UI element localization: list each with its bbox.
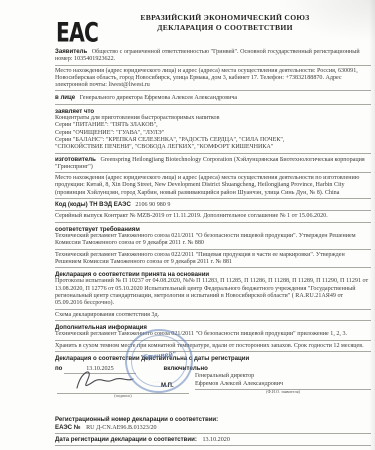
reg-number-prefix: ЕАЭС № — [55, 424, 81, 431]
tnved-row: Код (коды) ТН ВЭД ЕАЭС 2106 90 980 9 — [55, 201, 371, 211]
manufacturer-text: Greenspring Heilongjiang Biotechnology C… — [55, 157, 365, 170]
applicant-address-text: Место нахождения (адрес юридического лиц… — [55, 68, 358, 89]
eac-mark-icon: ЕАС — [56, 18, 96, 48]
in-person-row: в лице Генерального директора Ефремова А… — [55, 94, 371, 104]
reg-date-row: Дата регистрации декларации о соответств… — [55, 436, 371, 446]
basis-section: Декларация о соответствии принята на осн… — [55, 271, 371, 321]
requirement-item: Технический регламент Таможенного союза … — [55, 252, 371, 269]
in-person-label: в лице — [55, 94, 75, 101]
declares-section: заявляет что Концентраты для приготовлен… — [55, 108, 371, 154]
serial-row: Серийный выпуск Контракт № MZB-2019 от 1… — [55, 213, 371, 222]
reg-date-value: 13.10.2020 — [202, 437, 229, 443]
serial-text: Серийный выпуск Контракт № MZB-2019 от 1… — [55, 213, 328, 219]
director-block: Генеральный директор Ефремов Алексей Але… — [195, 373, 371, 397]
tnved-label: Код (коды) ТН ВЭД ЕАЭС — [55, 201, 131, 208]
declares-label: заявляет что — [55, 108, 371, 115]
document-title: ЕВРАЗИЙСКИЙ ЭКОНОМИЧЕСКИЙ СОЮЗ ДЕКЛАРАЦИ… — [100, 13, 350, 32]
manufacturer-address-row: Место нахождения (адрес юридического лиц… — [55, 175, 371, 199]
additional-info-section: Дополнительная информация Технический ре… — [55, 324, 371, 352]
product-line: "СПОКОЙСТВИЕ ПЕЧЕНИ", "СВОБОДА ЛЕГКИХ", … — [55, 144, 371, 151]
product-line: Концентраты для приготовления быстрораст… — [55, 115, 371, 122]
eac-mark-text: ЕАС — [56, 18, 98, 49]
additional-note: Технический регламент Таможенного союза … — [55, 331, 371, 340]
validity-label: Декларация о соответствии действительна … — [55, 355, 371, 362]
additional-note: Хранить в сухом темном месте при комнатн… — [55, 343, 371, 352]
product-line: Серии "ПИТАНИЕ": "ПЯТЬ ЗЛАКОВ", — [55, 122, 371, 129]
product-line: Серии "ОЧИЩЕНИЕ": "ГУАВА", "ЛУЛЭ" — [55, 130, 371, 137]
manufacturer-address-text: Место нахождения (адрес юридического лиц… — [55, 175, 359, 196]
tnved-value: 2106 90 980 9 — [135, 202, 170, 208]
requirements-label: соответствует требованиям — [55, 226, 371, 233]
declaration-scan-page: { "colors": { "stamp_blue": "#6082b9", "… — [0, 0, 375, 450]
director-name: Ефремов Алексей Александрович — [195, 381, 371, 390]
reg-number-row: ЕАЭС № RU Д-CN.АЕ96.В.01323/20 — [55, 424, 371, 434]
title-declaration: ДЕКЛАРАЦИЯ О СООТВЕТСТВИИ — [100, 23, 350, 33]
reg-number-label: Регистрационный номер декларации о соотв… — [55, 416, 371, 423]
director-caption: (Ф.И.О. заявителя) — [221, 390, 344, 395]
applicant-text: Общество с ограниченной ответственностью… — [55, 49, 360, 62]
reg-date-label: Дата регистрации декларации о соответств… — [55, 436, 197, 443]
manufacturer-label: изготовитель — [55, 156, 96, 163]
requirement-item: Технический регламент Таможенного союза … — [55, 233, 371, 250]
applicant-row: Заявитель Общество с ограниченной ответс… — [55, 48, 371, 66]
manufacturer-row: изготовитель Greenspring Heilongjiang Bi… — [55, 156, 371, 174]
product-list: Концентраты для приготовления быстрораст… — [55, 115, 371, 153]
reg-number-value: RU Д-CN.АЕ96.В.01323/20 — [86, 425, 157, 431]
signature-caption: (подпись) — [77, 394, 169, 399]
title-union: ЕВРАЗИЙСКИЙ ЭКОНОМИЧЕСКИЙ СОЮЗ — [100, 13, 350, 23]
signature-zone: (подпись) М.П. Генеральный директор Ефре… — [55, 376, 371, 413]
director-title: Генеральный директор — [195, 373, 371, 380]
registration-section: Регистрационный номер декларации о соотв… — [55, 416, 371, 446]
applicant-label: Заявитель — [55, 48, 87, 55]
in-person-text: Генерального директора Ефремова Алексея … — [80, 95, 237, 101]
validity-po-label: по — [55, 365, 62, 372]
declaration-body: Заявитель Общество с ограниченной ответс… — [55, 48, 371, 448]
requirements-section: соответствует требованиям Технический ре… — [55, 226, 371, 268]
applicant-address-row: Место нахождения (адрес юридического лиц… — [55, 68, 371, 92]
scheme-text: Схема декларирования соответствия 3д. — [55, 312, 371, 321]
basis-text: Протоколы испытаний № П 10237 от 04.08.2… — [55, 278, 371, 309]
